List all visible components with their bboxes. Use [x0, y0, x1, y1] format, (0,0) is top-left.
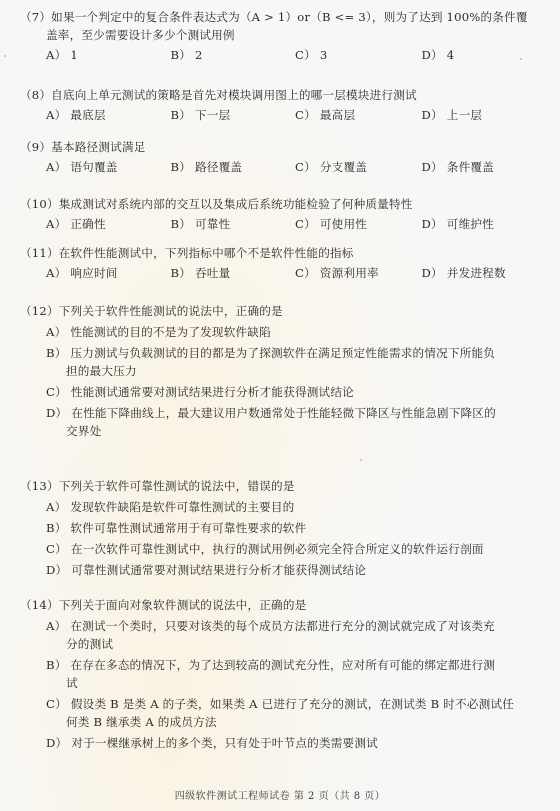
- question-number: （14）: [20, 598, 59, 612]
- question-stem: 集成测试对系统内部的交互以及集成后系统功能检验了何种质量特性: [59, 197, 413, 211]
- option-a: A）发现软件缺陷是软件可靠性测试的主要目的: [20, 498, 546, 516]
- option-b: B）压力测试与负载测试的目的都是为了探测软件在满足预定性能需求的情况下所能负担的…: [20, 344, 546, 380]
- question-8: （8）自底向上单元测试的策略是首先对模块调用图上的哪一层模块进行测试 A）最底层…: [20, 86, 546, 124]
- option-d: D）对于一棵继承树上的多个类，只有处于叶节点的类需要测试: [20, 734, 546, 752]
- option-d: D）4: [421, 46, 546, 64]
- option-a: A）语句覆盖: [46, 158, 171, 176]
- option-d: D）上一层: [421, 106, 546, 124]
- options-row: A）响应时间 B）吞吐量 C）资源利用率 D）并发进程数: [20, 264, 546, 282]
- question-number: （9）: [20, 140, 51, 154]
- option-b: B）下一层: [171, 106, 296, 124]
- option-d: D）并发进程数: [421, 264, 546, 282]
- question-11: （11）在软件性能测试中，下列指标中哪个不是软件性能的指标 A）响应时间 B）吞…: [20, 244, 546, 282]
- question-stem: 自底向上单元测试的策略是首先对模块调用图上的哪一层模块进行测试: [51, 88, 417, 102]
- exam-page: （7）如果一个判定中的复合条件表达式为（A > 1）or（B <= 3），则为了…: [0, 0, 560, 811]
- option-b: B）可靠性: [171, 215, 296, 233]
- option-a: A）性能测试的目的不是为了发现软件缺陷: [20, 323, 546, 341]
- option-a: A）1: [46, 46, 171, 64]
- question-number: （7）: [20, 10, 51, 24]
- option-a: A）在测试一个类时，只要对该类的每个成员方法都进行充分的测试就完成了对该类充分的…: [20, 617, 546, 653]
- option-b: B）在存在多态的情况下，为了达到较高的测试充分性，应对所有可能的绑定都进行测试: [20, 656, 546, 692]
- question-number: （11）: [20, 246, 59, 260]
- question-number: （10）: [20, 197, 59, 211]
- question-stem: 在软件性能测试中，下列指标中哪个不是软件性能的指标: [59, 246, 354, 260]
- option-c: C）可使用性: [295, 215, 421, 233]
- question-number: （13）: [20, 479, 59, 493]
- option-c: C）资源利用率: [295, 264, 421, 282]
- options-row: A）1 B）2 C）3 D）4: [20, 46, 546, 64]
- option-c: C）分支覆盖: [295, 158, 421, 176]
- question-7: （7）如果一个判定中的复合条件表达式为（A > 1）or（B <= 3），则为了…: [20, 8, 546, 64]
- option-a: A）正确性: [46, 215, 171, 233]
- options-row: A）正确性 B）可靠性 C）可使用性 D）可维护性: [20, 215, 546, 233]
- option-c: C）在一次软件可靠性测试中，执行的测试用例必须完全符合所定义的软件运行剖面: [20, 540, 546, 558]
- scan-speck: [4, 55, 6, 57]
- question-stem: 下列关于软件可靠性测试的说法中，错误的是: [59, 479, 295, 493]
- question-stem: 如果一个判定中的复合条件表达式为（A > 1）or（B <= 3），则为了达到 …: [51, 10, 528, 24]
- scan-speck: [520, 58, 522, 60]
- option-d: D）可靠性测试通常要对测试结果进行分析才能获得测试结论: [20, 561, 546, 579]
- scan-speck: [360, 459, 362, 461]
- question-stem: 基本路径测试满足: [51, 140, 145, 154]
- question-stem-continued: 盖率，至少需要设计多少个测试用例: [20, 26, 546, 44]
- question-13: （13）下列关于软件可靠性测试的说法中，错误的是 A）发现软件缺陷是软件可靠性测…: [20, 477, 546, 579]
- option-c: C）假设类 B 是类 A 的子类，如果类 A 已进行了充分的测试，在测试类 B …: [20, 695, 546, 731]
- question-number: （8）: [20, 88, 51, 102]
- option-b: B）软件可靠性测试通常用于有可靠性要求的软件: [20, 519, 546, 537]
- option-a: A）最底层: [46, 106, 171, 124]
- option-b: B）路径覆盖: [171, 158, 296, 176]
- question-number: （12）: [20, 304, 59, 318]
- option-d: D）条件覆盖: [421, 158, 546, 176]
- question-9: （9）基本路径测试满足 A）语句覆盖 B）路径覆盖 C）分支覆盖 D）条件覆盖: [20, 138, 546, 176]
- option-c: C）3: [295, 46, 421, 64]
- option-c: C）性能测试通常要对测试结果进行分析才能获得测试结论: [20, 383, 546, 401]
- scan-speck: [463, 223, 465, 225]
- option-c: C）最高层: [295, 106, 421, 124]
- option-a: A）响应时间: [46, 264, 171, 282]
- question-stem: 下列关于面向对象软件测试的说法中，正确的是: [59, 598, 307, 612]
- question-stem: 下列关于软件性能测试的说法中，正确的是: [59, 304, 283, 318]
- question-12: （12）下列关于软件性能测试的说法中，正确的是 A）性能测试的目的不是为了发现软…: [20, 302, 546, 440]
- option-b: B）吞吐量: [171, 264, 296, 282]
- option-d: D）在性能下降曲线上，最大建议用户数通常处于性能轻微下降区与性能急剧下降区的交界…: [20, 404, 546, 440]
- question-10: （10）集成测试对系统内部的交互以及集成后系统功能检验了何种质量特性 A）正确性…: [20, 195, 546, 233]
- option-d: D）可维护性: [421, 215, 546, 233]
- question-14: （14）下列关于面向对象软件测试的说法中，正确的是 A）在测试一个类时，只要对该…: [20, 596, 546, 752]
- options-row: A）语句覆盖 B）路径覆盖 C）分支覆盖 D）条件覆盖: [20, 158, 546, 176]
- page-footer: 四级软件测试工程师试卷 第 2 页（共 8 页）: [0, 787, 560, 802]
- option-b: B）2: [171, 46, 296, 64]
- options-row: A）最底层 B）下一层 C）最高层 D）上一层: [20, 106, 546, 124]
